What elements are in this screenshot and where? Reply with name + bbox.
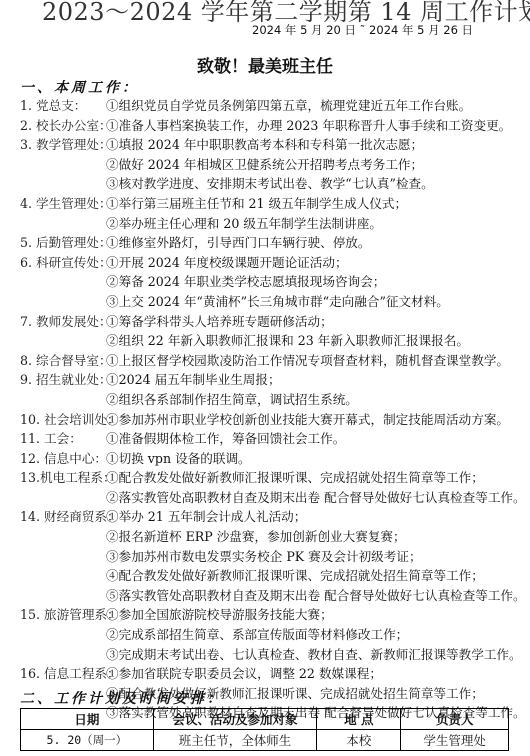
department-label: 8. 综合督导室： bbox=[20, 351, 112, 371]
task-text: ①2024 届五年制毕业生周报； bbox=[106, 370, 281, 390]
list-item: ②组织 22 年新入职教师汇报课和 23 年新入职教师汇报课报名。 bbox=[0, 331, 530, 351]
table-header-row: 日期 会议、活动及参加对象 地 点 负责人 bbox=[21, 709, 509, 730]
cell-date: 5. 20（周一） bbox=[21, 730, 154, 751]
task-text: ②组织 22 年新入职教师汇报课和 23 年新入职教师汇报课报名。 bbox=[106, 331, 469, 351]
department-label: 13.机电工程系： bbox=[20, 468, 116, 488]
task-text: ②筹备 2024 年职业类学校志愿填报现场咨询会； bbox=[106, 272, 385, 292]
department-label: 16. 信息工程系： bbox=[20, 664, 120, 684]
department-label: 3. 教学管理处： bbox=[20, 135, 112, 155]
task-text: ①维修室外路灯，引导西门口车辆行驶、停放。 bbox=[106, 233, 370, 253]
task-text: ①筹备学科带头人培养班专题研修活动； bbox=[106, 312, 333, 332]
cell-activity: 班主任节，全体师生 bbox=[153, 730, 317, 751]
department-label: 15. 旅游管理系： bbox=[20, 605, 120, 625]
list-item: 13.机电工程系：①配合教发处做好新教师汇报课听课、完成招就处招生简章等工作； bbox=[0, 468, 530, 488]
cell-owner: 学生管理处 bbox=[401, 730, 509, 751]
task-text: ①切换 vpn 设备的联调。 bbox=[106, 449, 251, 469]
list-item: ②做好 2024 年相城区卫健系统公开招聘考点考务工作； bbox=[0, 155, 530, 175]
task-text: ②落实教管处高职教材自查及期末出卷 配合督导处做好七认真检查等工作。 bbox=[106, 488, 526, 508]
task-text: ③完成期末考试出卷、七认真检查、教材自查、新教师汇报课等教学工作。 bbox=[106, 645, 522, 665]
section-heading-weekly-work: 一、本周工作： bbox=[20, 77, 139, 97]
list-item: ②举办班主任心理和 20 级五年制学生法制讲座。 bbox=[0, 214, 530, 234]
department-label: 14. 财经商贸系： bbox=[20, 507, 120, 527]
list-item: ②完成系部招生简章、系部宣传版面等材料修改工作； bbox=[0, 625, 530, 645]
task-text: ①举行第三届班主任节和 21 级五年制学生成人仪式； bbox=[106, 194, 407, 214]
task-text: ③上交 2024 年“黄浦杯”长三角城市群“走向融合”征文材料。 bbox=[106, 292, 449, 312]
list-item: 11. 工会：①准备假期体检工作，筹备回馈社会工作。 bbox=[0, 429, 530, 449]
list-item: ③完成期末考试出卷、七认真检查、教材自查、新教师汇报课等教学工作。 bbox=[0, 645, 530, 665]
task-text: ①组织党员自学党员条例第四第五章，梳理党建近五年工作台账。 bbox=[106, 96, 471, 116]
section-heading-schedule: 二、工作计划及时间安排： bbox=[20, 688, 224, 708]
header-location: 地 点 bbox=[317, 709, 401, 730]
list-item: ②组织各系部制作招生简章，调试招生系统。 bbox=[0, 390, 530, 410]
list-item: 4. 学生管理处：①举行第三届班主任节和 21 级五年制学生成人仪式； bbox=[0, 194, 530, 214]
list-item: 8. 综合督导室：①上报区督学校园欺凌防治工作情况专项督查材料，随机督查课堂教学… bbox=[0, 351, 530, 371]
task-text: ②举办班主任心理和 20 级五年制学生法制讲座。 bbox=[106, 214, 382, 234]
task-text: ①准备人事档案换装工作，办理 2023 年职称晋升人事手续和工资变更。 bbox=[106, 116, 511, 136]
task-text: ①参加省联院专职委员会议，调整 22 数媒课程； bbox=[106, 664, 382, 684]
department-label: 2. 校长办公室： bbox=[20, 116, 112, 136]
department-label: 10. 社会培训处： bbox=[20, 410, 120, 430]
weekly-work-list: 1. 党总支：①组织党员自学党员条例第四第五章，梳理党建近五年工作台账。2. 校… bbox=[0, 96, 530, 723]
department-label: 5. 后勤管理处： bbox=[20, 233, 112, 253]
list-item: 3. 教学管理处：①填报 2024 年中职职教高考本科和专科第一批次志愿； bbox=[0, 135, 530, 155]
department-label: 12. 信息中心： bbox=[20, 449, 107, 469]
list-item: 16. 信息工程系：①参加省联院专职委员会议，调整 22 数媒课程； bbox=[0, 664, 530, 684]
cell-location: 本校 bbox=[317, 730, 401, 751]
department-label: 1. 党总支： bbox=[20, 96, 86, 116]
header-activity: 会议、活动及参加对象 bbox=[153, 709, 317, 730]
list-item: 7. 教师发展处：①筹备学科带头人培养班专题研修活动； bbox=[0, 312, 530, 332]
list-item: ⑤落实教管处高职教材自查及期末出卷 配合督导处做好七认真检查等工作。 bbox=[0, 586, 530, 606]
list-item: 9. 招生就业处：①2024 届五年制毕业生周报； bbox=[0, 370, 530, 390]
task-text: ①上报区督学校园欺凌防治工作情况专项督查材料，随机督查课堂教学。 bbox=[106, 351, 509, 371]
task-text: ②完成系部招生简章、系部宣传版面等材料修改工作； bbox=[106, 625, 408, 645]
list-item: ②筹备 2024 年职业类学校志愿填报现场咨询会； bbox=[0, 272, 530, 292]
department-label: 4. 学生管理处： bbox=[20, 194, 112, 214]
task-text: ①开展 2024 年度校级课题开题论证活动； bbox=[106, 253, 348, 273]
list-item: 15. 旅游管理系：①参加全国旅游院校导游服务技能大赛； bbox=[0, 605, 530, 625]
task-text: ②组织各系部制作招生简章，调试招生系统。 bbox=[106, 390, 358, 410]
task-text: ①参加全国旅游院校导游服务技能大赛； bbox=[106, 605, 333, 625]
header-date: 日期 bbox=[21, 709, 154, 730]
list-item: ②落实教管处高职教材自查及期末出卷 配合督导处做好七认真检查等工作。 bbox=[0, 488, 530, 508]
list-item: 10. 社会培训处：①参加苏州市职业学校创新创业技能大赛开幕式，制定技能周活动方… bbox=[0, 410, 530, 430]
table-row: 5. 20（周一） 班主任节，全体师生 本校 学生管理处 bbox=[21, 730, 509, 751]
list-item: ③参加苏州市数电发票实务校企 PK 赛及会计初级考证； bbox=[0, 547, 530, 567]
date-range: 2024 年 5 月 20 日 ˜ 2024 年 5 月 26 日 bbox=[252, 22, 473, 38]
department-label: 11. 工会： bbox=[20, 429, 82, 449]
task-text: ③参加苏州市数电发票实务校企 PK 赛及会计初级考证； bbox=[106, 547, 422, 567]
task-text: ①参加苏州市职业学校创新创业技能大赛开幕式，制定技能周活动方案。 bbox=[106, 410, 509, 430]
task-text: ①举办 21 五年制会计成人礼活动； bbox=[106, 507, 306, 527]
task-text: ②报名新道杯 ERP 沙盘赛，参加创新创业大赛复赛； bbox=[106, 527, 406, 547]
task-text: ④配合教发处做好新教师汇报课听课、完成招就处招生简章等工作； bbox=[106, 566, 484, 586]
list-item: 1. 党总支：①组织党员自学党员条例第四第五章，梳理党建近五年工作台账。 bbox=[0, 96, 530, 116]
list-item: 2. 校长办公室：①准备人事档案换装工作，办理 2023 年职称晋升人事手续和工… bbox=[0, 116, 530, 136]
department-label: 9. 招生就业处： bbox=[20, 370, 112, 390]
list-item: ③上交 2024 年“黄浦杯”长三角城市群“走向融合”征文材料。 bbox=[0, 292, 530, 312]
list-item: ③核对教学进度、安排期末考试出卷、教学“七认真”检查。 bbox=[0, 174, 530, 194]
task-text: ①准备假期体检工作，筹备回馈社会工作。 bbox=[106, 429, 345, 449]
department-label: 7. 教师发展处： bbox=[20, 312, 112, 332]
subtitle: 致敬！最美班主任 bbox=[0, 52, 530, 77]
list-item: ②报名新道杯 ERP 沙盘赛，参加创新创业大赛复赛； bbox=[0, 527, 530, 547]
task-text: ⑤落实教管处高职教材自查及期末出卷 配合督导处做好七认真检查等工作。 bbox=[106, 586, 526, 606]
schedule-table: 日期 会议、活动及参加对象 地 点 负责人 5. 20（周一） 班主任节，全体师… bbox=[20, 708, 509, 751]
list-item: 14. 财经商贸系：①举办 21 五年制会计成人礼活动； bbox=[0, 507, 530, 527]
list-item: 5. 后勤管理处：①维修室外路灯，引导西门口车辆行驶、停放。 bbox=[0, 233, 530, 253]
task-text: ①填报 2024 年中职职教高考本科和专科第一批次志愿； bbox=[106, 135, 423, 155]
task-text: ③核对教学进度、安排期末考试出卷、教学“七认真”检查。 bbox=[106, 174, 434, 194]
list-item: ④配合教发处做好新教师汇报课听课、完成招就处招生简章等工作； bbox=[0, 566, 530, 586]
department-label: 6. 科研宣传处： bbox=[20, 253, 112, 273]
task-text: ①配合教发处做好新教师汇报课听课、完成招就处招生简章等工作； bbox=[106, 468, 484, 488]
task-text: ②做好 2024 年相城区卫健系统公开招聘考点考务工作； bbox=[106, 155, 423, 175]
header-owner: 负责人 bbox=[401, 709, 509, 730]
list-item: 12. 信息中心：①切换 vpn 设备的联调。 bbox=[0, 449, 530, 469]
list-item: 6. 科研宣传处：①开展 2024 年度校级课题开题论证活动； bbox=[0, 253, 530, 273]
